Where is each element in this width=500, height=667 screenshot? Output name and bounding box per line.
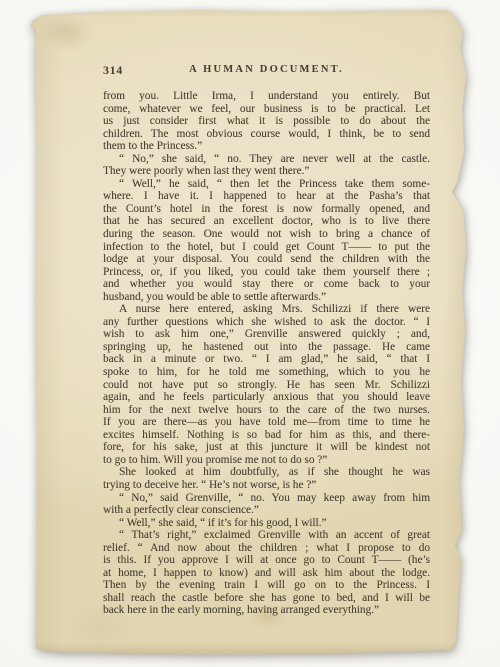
text-line: children. The most obvious course would,…: [103, 128, 430, 141]
text-line: fore, for his sake, just at this junctur…: [103, 441, 430, 454]
text-line: that he has secured an excellent doctor,…: [103, 215, 430, 228]
paragraph: A nurse here entered, asking Mrs. Schili…: [103, 303, 430, 466]
text-line: at home, I happen to know) and will ask …: [103, 567, 430, 580]
scanned-book-photo: 314 A HUMAN DOCUMENT. from you. Little I…: [0, 0, 500, 667]
text-line: them to the Princess.”: [103, 140, 430, 153]
text-line: trying to deceive her. “ He’s not worse,…: [103, 479, 430, 492]
text-line: She looked at him doubtfully, as if she …: [103, 466, 430, 479]
text-line: back in a minute or two. “ I am glad,” h…: [103, 353, 430, 366]
running-title: A HUMAN DOCUMENT.: [103, 63, 430, 75]
text-line: “ That’s right,” exclaimed Grenville wit…: [103, 529, 430, 542]
text-line: where. I have it. I happened to hear at …: [103, 190, 430, 203]
text-line: during the season. One would not wish to…: [103, 228, 430, 241]
paragraph: “ No,” she said, “ no. They are never we…: [103, 153, 430, 178]
text-line: back here in the early morning, having a…: [103, 604, 430, 617]
text-line: the Count’s hotel in the forest is now f…: [103, 203, 430, 216]
text-line: again, and he feels particularly anxious…: [103, 391, 430, 404]
paragraph: “ Well,” she said, “ if it’s for his goo…: [103, 517, 430, 530]
text-line: from you. Little Irma, I understand you …: [103, 90, 430, 103]
text-line: Then by the evening train I will go on t…: [103, 579, 430, 592]
text-line: infection to the hotel, but I could get …: [103, 241, 430, 254]
text-line: Princess, or, if you liked, you could ta…: [103, 266, 430, 279]
text-line: him for the next twelve hours to the car…: [103, 404, 430, 417]
book-page: 314 A HUMAN DOCUMENT. from you. Little I…: [30, 6, 470, 656]
page-body: from you. Little Irma, I understand you …: [103, 90, 430, 617]
text-line: with a perfectly clear conscience.”: [103, 504, 430, 517]
text-line: to go to him. Will you promise me not to…: [103, 454, 430, 467]
text-line: relief. “ And now about the children ; w…: [103, 542, 430, 555]
text-line: excites himself. Nothing is so bad for h…: [103, 429, 430, 442]
paragraph: “ That’s right,” exclaimed Grenville wit…: [103, 529, 430, 617]
text-line: springing up, he hastened out into the p…: [103, 341, 430, 354]
text-line: “ Well,” she said, “ if it’s for his goo…: [103, 517, 430, 530]
text-line: “ Well,” he said, “ then let the Princes…: [103, 178, 430, 191]
text-line: A nurse here entered, asking Mrs. Schili…: [103, 303, 430, 316]
text-line: They were poorly when last they went the…: [103, 165, 430, 178]
paragraph: “ No,” said Grenville, “ no. You may kee…: [103, 492, 430, 517]
text-line: any further questions which she wished t…: [103, 316, 430, 329]
page-header: 314 A HUMAN DOCUMENT.: [103, 63, 430, 79]
paragraph: She looked at him doubtfully, as if she …: [103, 466, 430, 491]
page-number: 314: [103, 63, 123, 78]
text-line: “ No,” she said, “ no. They are never we…: [103, 153, 430, 166]
text-line: spoke to him, for he told me something, …: [103, 366, 430, 379]
text-line: is this. If you approve I will at once g…: [103, 554, 430, 567]
text-line: lodge at your disposal. You could send t…: [103, 253, 430, 266]
text-line: “ No,” said Grenville, “ no. You may kee…: [103, 492, 430, 505]
text-line: could not have put so strongly. He has s…: [103, 379, 430, 392]
text-line: and whether you would stay there or come…: [103, 278, 430, 291]
paragraph: from you. Little Irma, I understand you …: [103, 90, 430, 153]
text-line: us just consider first what it is possib…: [103, 115, 430, 128]
paragraph: “ Well,” he said, “ then let the Princes…: [103, 178, 430, 303]
text-line: husband, you would be able to settle aft…: [103, 291, 430, 304]
text-line: come, whatever we feel, our business is …: [103, 103, 430, 116]
text-line: If you are there—as you have told me—fro…: [103, 416, 430, 429]
text-line: wish to ask him one,” Grenville answered…: [103, 328, 430, 341]
text-line: shall reach the castle before she has go…: [103, 592, 430, 605]
